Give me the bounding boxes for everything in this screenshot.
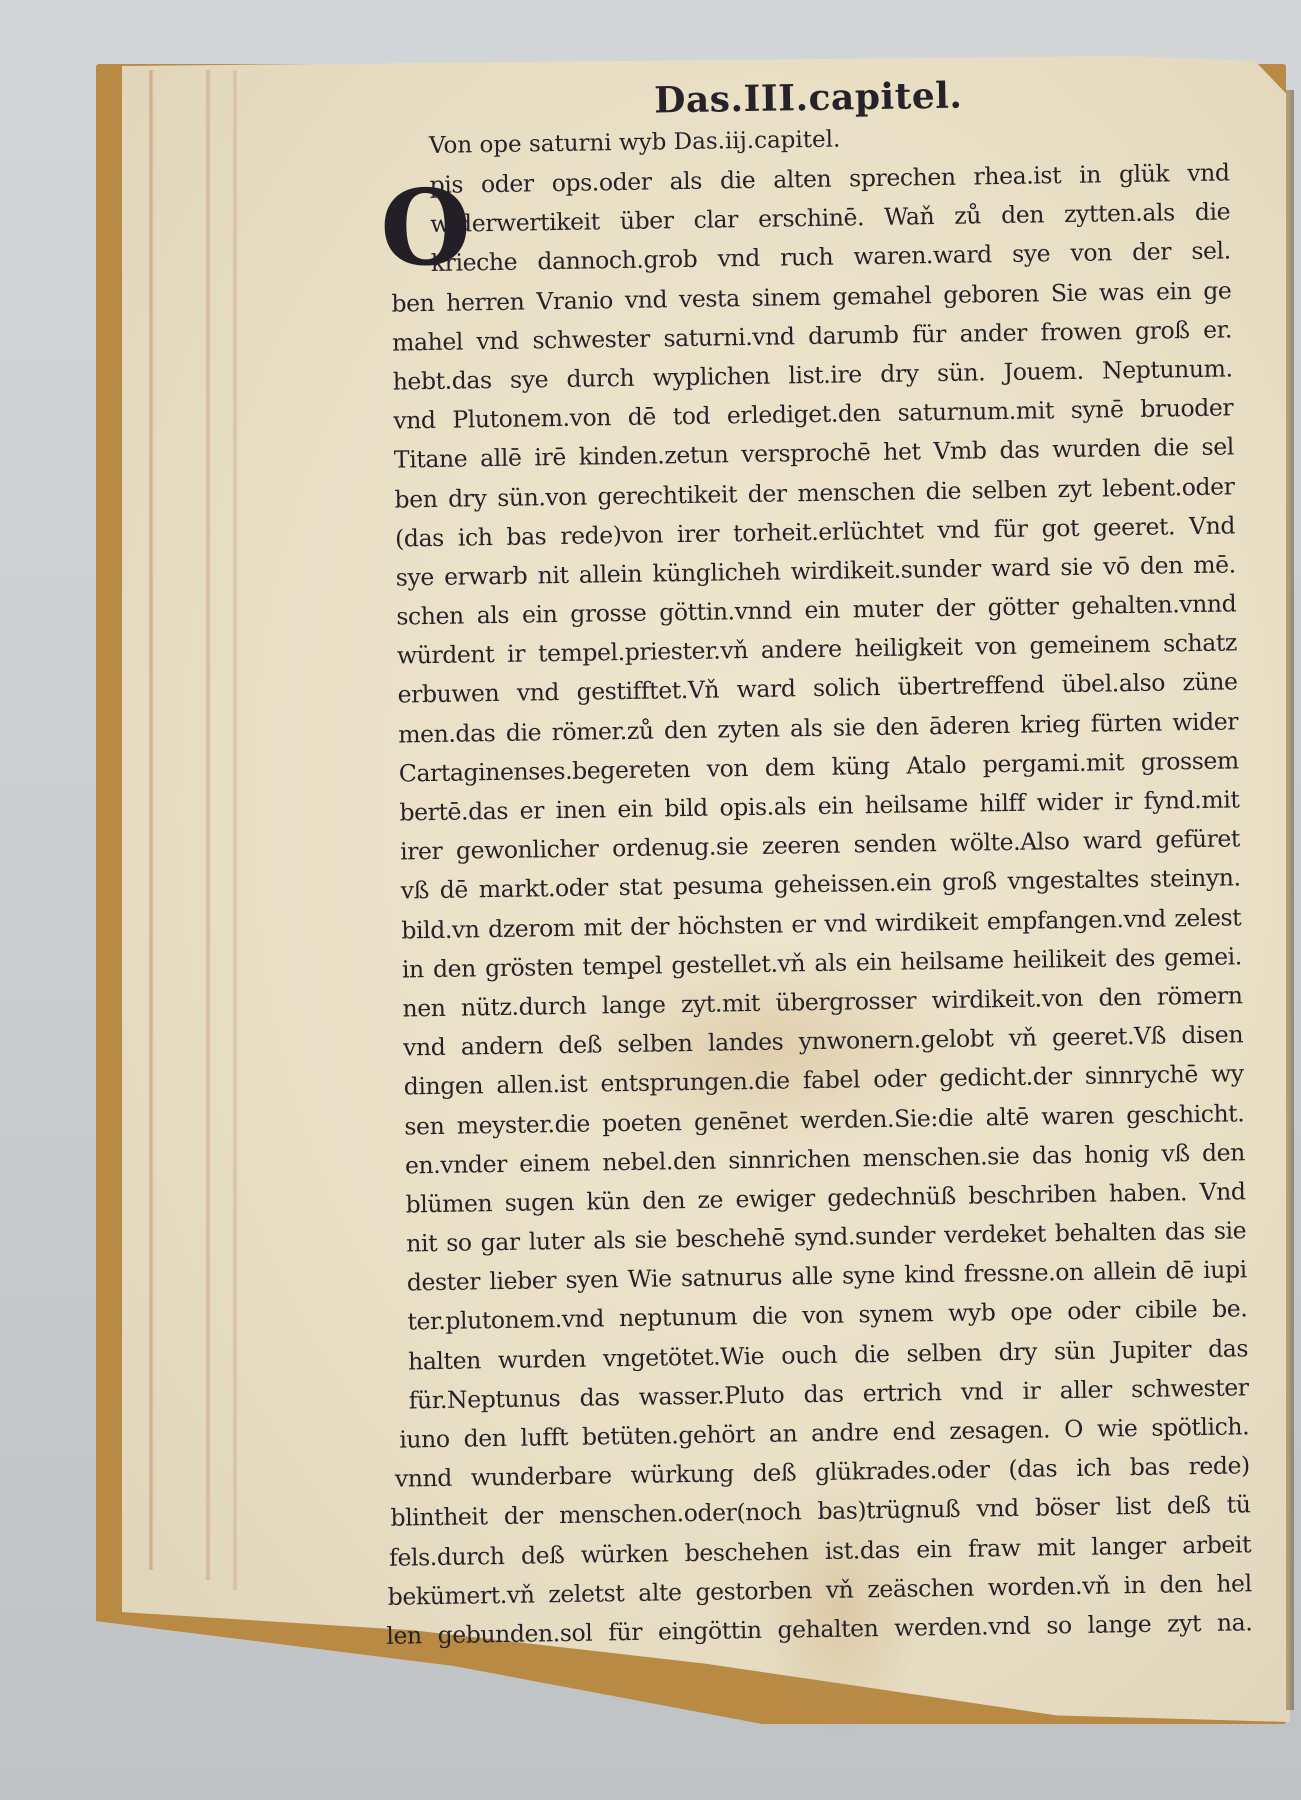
page-gutter-edge (205, 70, 211, 1580)
printed-text-block: Das.III.capitel. Von ope saturni wyb Das… (428, 69, 1253, 1694)
page-fore-edge (1286, 90, 1294, 1710)
chapter-paragraph: O pis oder ops.oder als die alten sprech… (429, 153, 1253, 1694)
decorated-initial: O (379, 175, 471, 280)
page-gutter-edge (148, 70, 154, 1570)
page-gutter-edge (232, 70, 238, 1590)
